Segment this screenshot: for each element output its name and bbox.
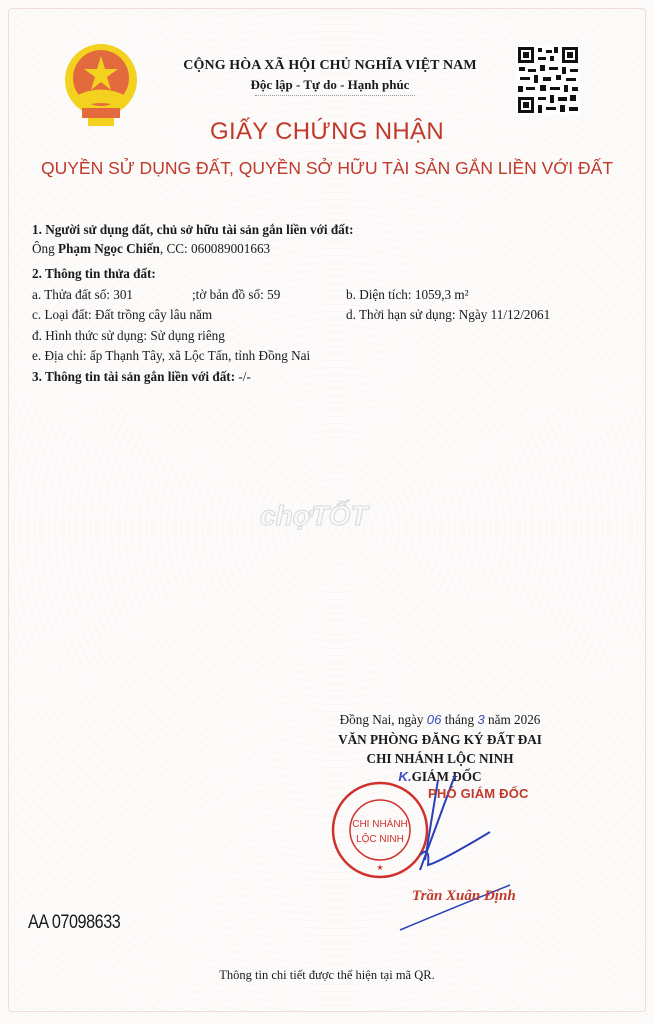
nation-name: CỘNG HÒA XÃ HỘI CHỦ NGHĨA VIỆT NAM <box>160 58 500 74</box>
month-handwritten: 3 <box>477 712 484 727</box>
vice-director-role: PHÓ GIÁM ĐỐC <box>428 786 529 801</box>
certificate-subtitle: QUYỀN SỬ DỤNG ĐẤT, QUYỀN SỞ HỮU TÀI SẢN … <box>0 158 654 179</box>
usage-term: d. Thời hạn sử dụng: Ngày 11/12/2061 <box>346 307 550 323</box>
footer-note: Thông tin chi tiết được thể hiện tại mã … <box>0 968 654 983</box>
owner-name: Phạm Ngọc Chiến <box>58 241 160 256</box>
signer-name: Trần Xuân Định <box>412 888 516 905</box>
parcel-number: a. Thửa đất số: 301 <box>32 287 133 303</box>
year-label: năm 2026 <box>485 712 541 727</box>
section3-line: 3. Thông tin tài sản gắn liền với đất: -… <box>32 369 251 385</box>
day-handwritten: 06 <box>427 712 442 727</box>
section3-heading: 3. Thông tin tài sản gắn liền với đất: <box>32 369 235 384</box>
land-area: b. Diện tích: 1059,3 m² <box>346 287 469 303</box>
serial-number: AA 07098633 <box>28 912 120 934</box>
qr-code-icon[interactable] <box>516 45 580 115</box>
section2-heading: 2. Thông tin thửa đất: <box>32 266 156 282</box>
place-date: Đồng Nai, ngày 06 tháng 3 năm 2026 <box>300 712 580 728</box>
map-sheet-number: ;tờ bản đồ số: 59 <box>192 287 280 303</box>
branch-name: CHI NHÁNH LỘC NINH <box>300 751 580 767</box>
national-emblem-icon <box>60 42 142 128</box>
section3-value: -/- <box>238 369 250 384</box>
land-address: e. Địa chỉ: ấp Thạnh Tây, xã Lộc Tấn, tỉ… <box>32 348 310 364</box>
certificate-title: GIẤY CHỨNG NHẬN <box>0 118 654 146</box>
month-label: tháng <box>441 712 477 727</box>
national-motto: Độc lập - Tự do - Hạnh phúc <box>160 77 500 93</box>
owner-prefix: Ông <box>32 241 55 256</box>
land-type: c. Loại đất: Đất trồng cây lâu năm <box>32 307 212 323</box>
section1-heading: 1. Người sử dụng đất, chủ sở hữu tài sản… <box>32 222 354 238</box>
watermark: chợTỐT <box>260 500 367 532</box>
office-name: VĂN PHÒNG ĐĂNG KÝ ĐẤT ĐAI <box>300 732 580 748</box>
place-date-prefix: Đồng Nai, ngày <box>340 712 427 727</box>
motto-underline <box>255 95 415 96</box>
owner-id: , CC: 060089001663 <box>160 241 270 256</box>
usage-form: đ. Hình thức sử dụng: Sử dụng riêng <box>32 328 225 344</box>
owner-line: Ông Phạm Ngọc Chiến, CC: 060089001663 <box>32 241 270 257</box>
